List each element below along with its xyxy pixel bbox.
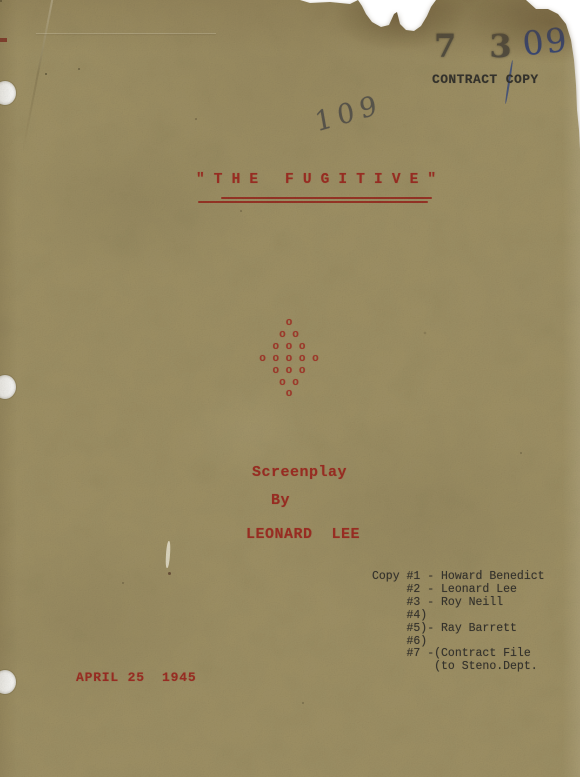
crease-line-vertical [22,0,54,151]
scanned-page: 7 309 CONTRACT COPY 109 " T H E F U G I … [0,0,580,777]
by-label: By [271,492,290,509]
author-name: LEONARD LEE [246,526,360,543]
copy-list-line: #3 - Roy Neill [372,597,545,610]
copy-list-line: #5)- Ray Barrett [372,623,545,636]
paper-scratch [165,541,171,568]
ornament-row: o o o [258,366,320,378]
title-underline-upper [221,197,432,199]
title-underline-lower [198,201,428,203]
punch-hole-top [0,81,16,105]
document-title: " T H E F U G I T I V E " [196,172,436,188]
copy-list-line: (to Steno.Dept. [372,661,545,674]
copy-distribution-list: Copy #1 - Howard Benedict #2 - Leonard L… [372,571,545,674]
paper-specks [0,0,2,2]
stamp-number: 7 309 [434,26,569,65]
copy-list-line: #2 - Leonard Lee [372,584,545,597]
paper-speck [168,572,171,575]
stamped-digits: 7 3 [434,27,523,65]
copy-list-line: Copy #1 - Howard Benedict [372,571,545,584]
copy-list-line: #4) [372,610,545,623]
screenplay-label: Screenplay [252,464,347,481]
punch-hole-bottom [0,670,16,694]
ornament-row: o o o o o [258,354,320,366]
red-ink-mark [0,38,7,42]
date-line: APRIL 25 1945 [76,670,196,685]
pencil-number: 109 [313,89,385,139]
ornament-row: o [258,389,320,401]
handwritten-ink-digits: 09 [520,20,570,64]
contract-copy-label: CONTRACT COPY [432,72,539,87]
ornament-row: o o o [258,342,320,354]
paper-sheet: 7 309 CONTRACT COPY 109 " T H E F U G I … [0,0,580,777]
crease-line-horizontal [36,33,216,34]
punch-hole-middle [0,375,16,399]
typed-diamond-ornament: o o o o o o o o o o o o o o o o o [258,318,320,401]
